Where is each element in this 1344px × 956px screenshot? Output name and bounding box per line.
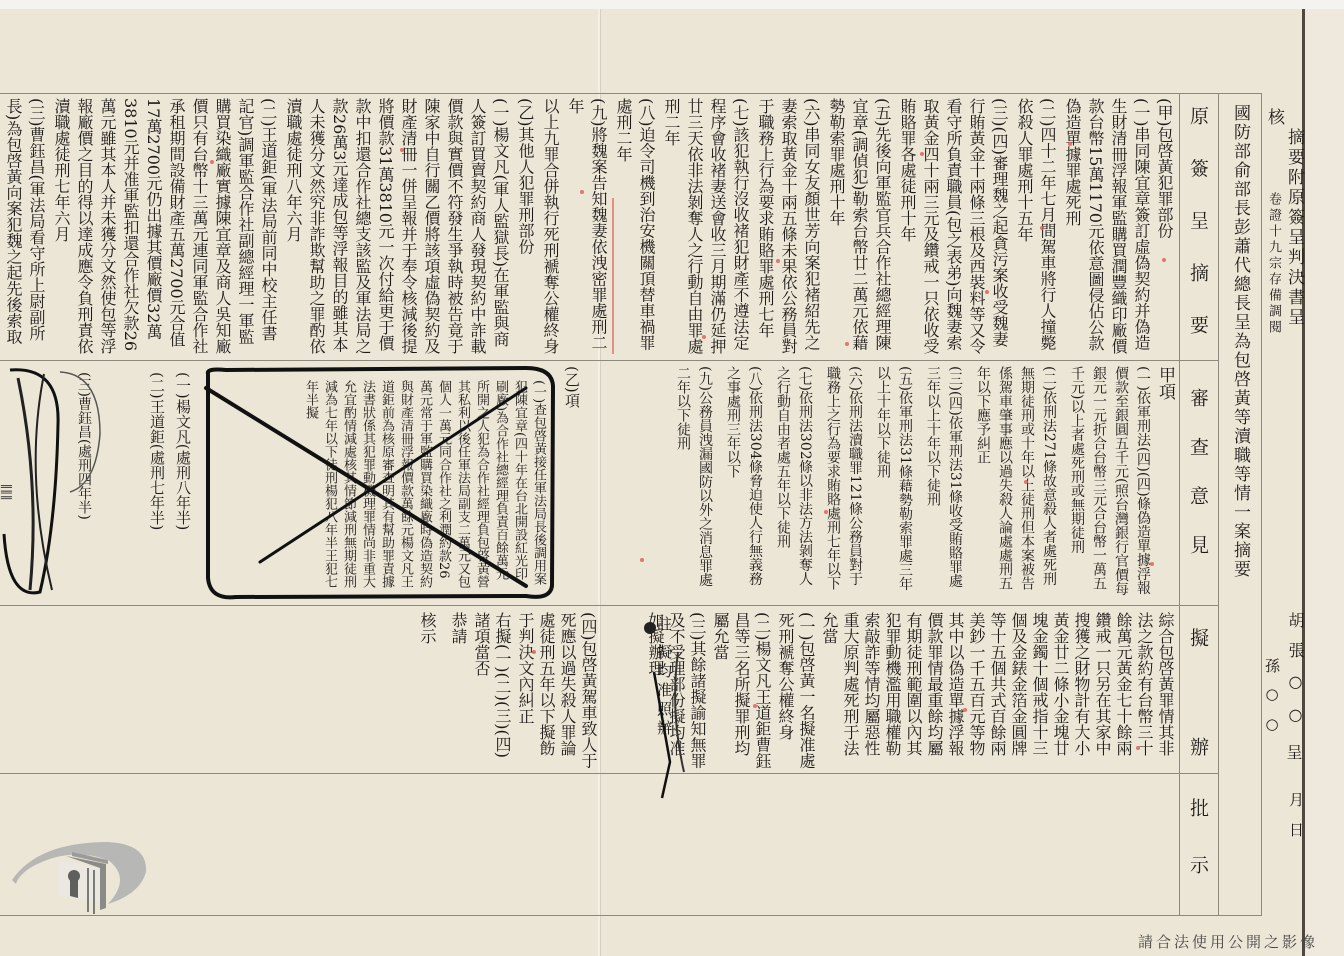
date-day: 日 (1286, 822, 1307, 837)
summary-cell: (甲)包啓黃犯罪部份 (一)串同陳宜章簽訂虛偽契約并偽造生財清冊浮報軍監購買潤豐… (2, 98, 1176, 354)
submitter-2: 孫○○ (1262, 658, 1283, 745)
proposal-item: (一)包啓黃一名擬准處死刑褫奪公權終身 (775, 612, 817, 770)
proposal-paragraph: 綜合包啓黃罪情其非法之款約有台幣三十餘萬元黃金七十餘兩鑽戒一只另在其家中搜獲之財… (966, 612, 1176, 770)
row-divider-review-proposal (0, 605, 1218, 606)
row-divider-summary-review (0, 360, 1218, 361)
proposal-paragraph: 其中以偽造單據浮報價款罪情最重餘均屬有期徒刑範圍以內其犯罪動機濫用職權勒索敲詐等… (819, 612, 966, 770)
paper-fold-edge (1302, 9, 1344, 956)
review-item: (一)依軍刑法(四)(四)條偽造單據浮報價款至銀圓五千元(照台灣銀行官價每銀元一… (1066, 366, 1154, 598)
review-part-b-notes: (一)楊文凡(處刑八年半) (二)王道鉅(處刑七年半) (140, 372, 196, 572)
archive-book-keyhole-logo-icon (8, 838, 148, 918)
review-item: (二)依刑法271條故意殺人者處死刑無期徒刑或十年以上徒刑但本案被告係駕車肇事應… (972, 366, 1060, 598)
summary-item: (八)迫令司機到治安機關頂替車禍罪處刑二年 (612, 98, 658, 354)
table-right-rule (1261, 93, 1262, 915)
red-mark (1162, 258, 1166, 262)
red-mark (776, 259, 780, 263)
red-mark (532, 650, 536, 654)
attachment-note: 摘要附原簽呈判決書呈 (1282, 128, 1307, 328)
instruction-cell (2, 778, 1176, 912)
file-note: 卷證十九宗存備調閱 (1264, 192, 1283, 336)
red-mark (1150, 562, 1154, 566)
review-item: (九)公務員洩漏國防以外之消息罪處二年以下徒刑 (672, 366, 716, 598)
label-summary: 原簽呈摘要 (1188, 106, 1212, 334)
submit-verb: 呈 (1282, 744, 1305, 760)
summary-part-a-heading: (甲)包啓黃犯罪部份 (1153, 98, 1176, 354)
row-divider-proposal-instruction (0, 773, 1218, 774)
review-part-b-heading: (乙)項 (562, 366, 583, 408)
red-mark (702, 335, 706, 339)
review-part-a-cell: 甲項 (一)依軍刑法(四)(四)條偽造單據浮報價款至銀圓五千元(照台灣銀行官價每… (590, 366, 1176, 598)
summary-item: (九)將魏案告知魏妻依洩密罪處刑二年 (564, 98, 610, 354)
proposal-closing: 右擬(一)(二)(三)(四)諸項當否 (471, 612, 513, 770)
table-top-rule (0, 93, 1262, 94)
red-mark (1068, 142, 1072, 146)
title-column-rule (1218, 93, 1219, 915)
review-item: (七)依刑法302條以非法方法剝奪人之行動自由者處五年以下徒刑 (772, 366, 816, 598)
summary-item: (三)(四)審理魏之起貪污案收受魏妻行賄黃金十兩條三根及西裝料等又令看守所負責職… (896, 98, 1011, 354)
red-mark (400, 148, 404, 152)
date-month: 月 (1286, 792, 1307, 807)
red-mark (963, 708, 967, 712)
summary-item: (三)曹鈺昌(軍法局看守所上尉副所長)為包啓黃向案犯魏之起先後索取黃金等又先後以… (2, 98, 48, 354)
red-mark (753, 704, 757, 708)
table-bottom-rule (0, 915, 1262, 916)
strike-box-x-icon (196, 364, 562, 606)
review-item: (三)(四)依軍刑法31條收受賄賂罪處三年以上十年以下徒刑 (922, 366, 966, 598)
proposal-item: (四)包啓黃駕車致人于死應以過失殺人罪論處徒刑五年以下擬飭于判決文內糾正 (515, 612, 599, 770)
red-mark (1024, 480, 1028, 484)
document-title: 國防部俞部長彭蕭代總長呈為包啓黃等瀆職等情一案摘要 (1228, 104, 1253, 604)
summary-item: (六)串同女友顏世芳向案犯褚紹先之妻索取黃金十兩五條未果依公務員對于職務上行為要… (754, 98, 823, 354)
summary-item: (一)串同陳宜章簽訂虛偽契約并偽造生財清冊浮報軍監購買潤豐織印廠價款台幣15萬1… (1061, 98, 1153, 354)
summary-item: (二)四十二年七月間駕車將行人撞斃依殺人罪處刑十五年 (1013, 98, 1059, 354)
usage-watermark: 請合法使用公開之影像 (1138, 931, 1318, 952)
review-item: (五)依軍刑法31條藉勢勒索罪處三年以上十年以下徒刑 (872, 366, 916, 598)
label-column-rule (1179, 93, 1180, 915)
red-margin-line (612, 198, 614, 354)
proposal-cell: 綜合包啓黃罪情其非法之款約有台幣三十餘萬元黃金七十餘兩鑽戒一只另在其家中搜獲之財… (395, 612, 1176, 770)
proposal-closing: 核示 (417, 612, 438, 770)
label-proposal: 擬辦 (1188, 628, 1212, 756)
approval-mark: 核 (1262, 108, 1287, 125)
summary-item: (五)先後向軍監官兵合作社總經理陳宜章(調偵犯)勒索台幣廿二萬元依藉勢勒索罪處刑… (825, 98, 894, 354)
review-item: (六)依刑法瀆職罪121條公務員對于職務上之行為要求賄賂處刑七年以下 (822, 366, 866, 598)
red-mark (1040, 226, 1044, 230)
proposal-closing: 恭請 (448, 612, 469, 770)
review-note: (二)王道鉅(處刑七年半) (144, 372, 170, 572)
red-mark (985, 290, 989, 294)
summary-part-b-heading: (乙)其他人犯罪刑部份 (514, 98, 537, 354)
scribble-strike-icon: ∥∥∥ (0, 364, 110, 604)
red-mark (580, 190, 584, 194)
scan-top-margin (0, 0, 1344, 9)
summary-item: (二)王道鉅(軍法局前同中校主任書記官)調軍監合作社副總經理一軍監購買染織廠實據… (50, 98, 280, 354)
proposal-item: (二)楊文凡王道鉅曹鈺昌等三名所擬罪刑均屬允當 (710, 612, 773, 770)
red-mark (1136, 746, 1140, 750)
label-instruction: 批示 (1188, 798, 1212, 874)
margin-note-scribble-icon (640, 612, 700, 802)
summary-item: (一)楊文凡(軍人監獄長)在軍監與商人簽訂買賣契約商人發現契約中詐載價款與實價不… (282, 98, 512, 354)
review-part-a-heading: 甲項 (1154, 366, 1176, 598)
red-mark (640, 558, 644, 562)
summary-item: (七)該犯執行沒收褚犯財產不遵法定程序會收褚妻送會收三月期滿仍延押廿三天依非法剝… (660, 98, 752, 354)
review-item: (八)依刑法304條脅迫使人行無義務之事處刑三年以下 (722, 366, 766, 598)
red-mark (210, 160, 214, 164)
label-review: 審查意見 (1188, 388, 1212, 554)
summary-part-a-conclusion: 以上九罪合併執行死刑褫奪公權終身 (539, 98, 562, 354)
svg-text:∥∥∥: ∥∥∥ (0, 484, 13, 501)
red-mark (824, 510, 828, 514)
submitter-1: 胡張○○ (1284, 612, 1307, 738)
review-note: (一)楊文凡(處刑八年半) (170, 372, 196, 572)
red-mark (845, 342, 849, 346)
red-mark (920, 152, 924, 156)
